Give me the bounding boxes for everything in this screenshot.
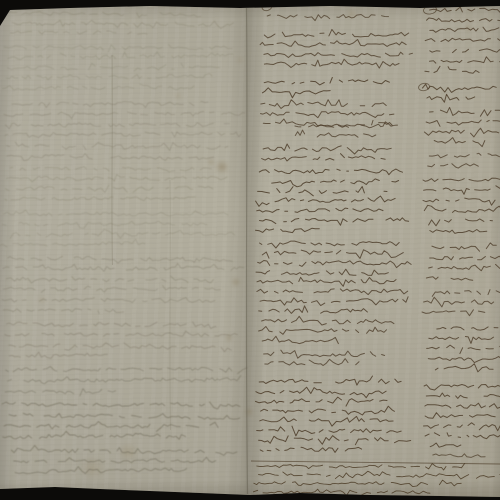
left-page-shading bbox=[0, 0, 247, 500]
manuscript-photo bbox=[0, 0, 500, 500]
right-page-shading bbox=[247, 0, 500, 500]
manuscript-sheet bbox=[0, 0, 500, 500]
